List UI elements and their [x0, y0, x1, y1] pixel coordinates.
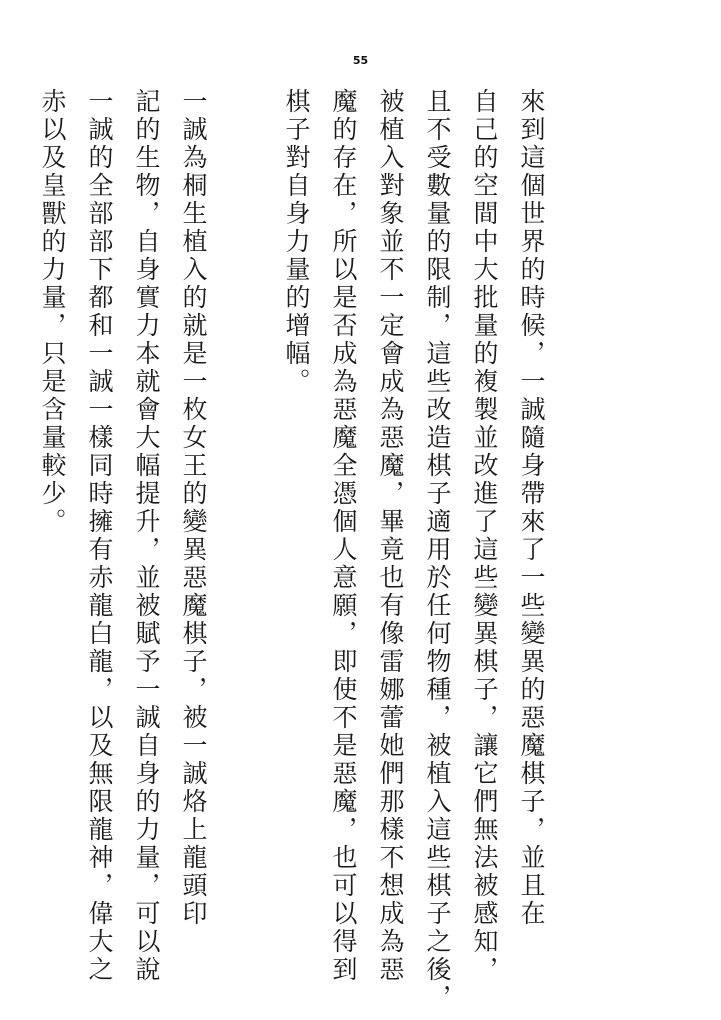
vertical-text-body: 來到這個世界的時候，一誠隨身帶來了一些變異的惡魔棋子，並且在 自己的空間中大批量… — [29, 88, 611, 938]
text-column-3: 且不受數量的限制，這些改造棋子適用於任何物種，被植入這些棋子之後， — [414, 88, 461, 938]
text-column-7: 一誠為桐生植入的就是一枚女王的變異惡魔棋子，被一誠烙上龍頭印 — [170, 88, 273, 938]
text-column-6: 棋子對自身力量的增幅。 — [273, 88, 320, 938]
text-column-2: 自己的空間中大批量的複製並改進了這些變異棋子，讓它們無法被感知， — [461, 88, 508, 938]
text-column-8: 記的生物，自身實力本就會大幅提升，並被賦予一誠自身的力量，可以說 — [123, 88, 170, 938]
text-column-4: 被植入對象並不一定會成為惡魔，畢竟也有像雷娜蕾她們那樣不想成為惡 — [367, 88, 414, 938]
text-column-5: 魔的存在，所以是否成為惡魔全憑個人意願，即使不是惡魔，也可以得到 — [320, 88, 367, 938]
page-number: 55 — [0, 54, 721, 67]
text-column-1: 來到這個世界的時候，一誠隨身帶來了一些變異的惡魔棋子，並且在 — [508, 88, 611, 938]
text-column-10: 赤以及皇獸的力量，只是含量較少。 — [29, 88, 76, 938]
text-column-9: 一誠的全部部下都和一誠一樣同時擁有赤龍白龍，以及無限龍神，偉大之 — [76, 88, 123, 938]
